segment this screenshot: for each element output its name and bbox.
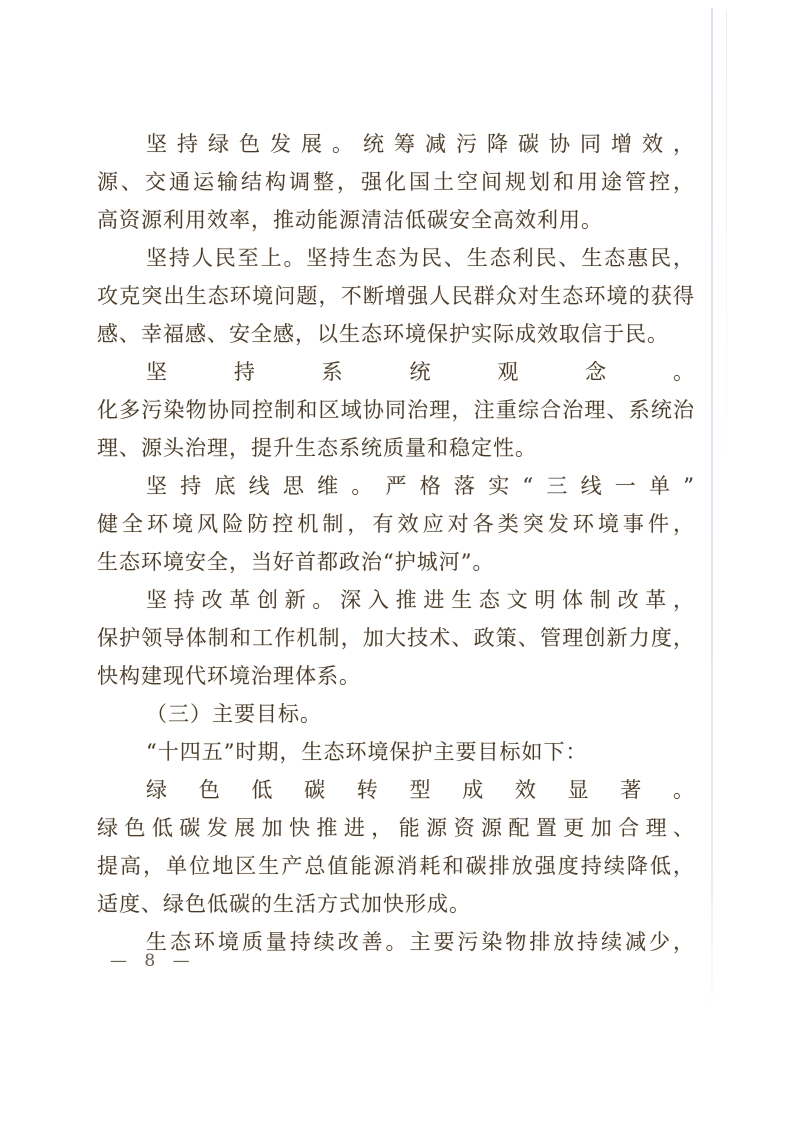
text-line: 绿色低碳发展加快推进，能源资源配置更加合理、利用效率大幅 bbox=[97, 809, 695, 847]
text-line: 化多污染物协同控制和区域协同治理，注重综合治理、系统治 bbox=[97, 391, 695, 429]
text-line: 坚持人民至上。坚持生态为民、生态利民、生态惠民，集中 bbox=[97, 239, 695, 277]
section-heading-line: （三）主要目标。 bbox=[97, 695, 695, 733]
text-line: 提高，单位地区生产总值能源消耗和碳排放强度持续降低，简约 bbox=[97, 847, 695, 885]
scan-fold-line bbox=[711, 8, 713, 1013]
text-line: 坚持改革创新。深入推进生态文明体制改革，完善生态环境 bbox=[97, 581, 695, 619]
text-line: 适度、绿色低碳的生活方式加快形成。 bbox=[97, 885, 695, 923]
text-line: 理、源头治理，提升生态系统质量和稳定性。 bbox=[97, 429, 695, 467]
text-line: 高资源利用效率，推动能源清洁低碳安全高效利用。 bbox=[97, 201, 695, 239]
text-line: 保护领导体制和工作机制，加大技术、政策、管理创新力度，加 bbox=[97, 619, 695, 657]
text-line: 生态环境安全，当好首都政治“护城河”。 bbox=[97, 543, 695, 581]
text-line: 源、交通运输结构调整，强化国土空间规划和用途管控，全面提 bbox=[97, 163, 695, 201]
page-number: — 8 — bbox=[110, 948, 196, 974]
scanned-document-page: 坚持绿色发展。统筹减污降碳协同增效，加快推动产业、能 源、交通运输结构调整，强化… bbox=[0, 0, 791, 1124]
text-line: 感、幸福感、安全感，以生态环境保护实际成效取信于民。 bbox=[97, 315, 695, 353]
scan-fold-line-secondary bbox=[726, 10, 727, 480]
text-line: 坚持底线思维。严格落实“三线一单”生态环境分区管控， bbox=[97, 467, 695, 505]
text-line: 快构建现代环境治理体系。 bbox=[97, 657, 695, 695]
text-line: 攻克突出生态环境问题，不断增强人民群众对生态环境的获得 bbox=[97, 277, 695, 315]
text-line: “十四五”时期，生态环境保护主要目标如下： bbox=[97, 733, 695, 771]
document-body: 坚持绿色发展。统筹减污降碳协同增效，加快推动产业、能 源、交通运输结构调整，强化… bbox=[97, 125, 695, 961]
text-line: 坚持绿色发展。统筹减污降碳协同增效，加快推动产业、能 bbox=[97, 125, 695, 163]
text-line: 绿色低碳转型成效显著。国土空间开发保护格局得到优化， bbox=[97, 771, 695, 809]
text-line: 健全环境风险防控机制，有效应对各类突发环境事件，全力保障 bbox=[97, 505, 695, 543]
text-line: 坚持系统观念。推进山水林田湖草沙一体化保护和修复，强 bbox=[97, 353, 695, 391]
